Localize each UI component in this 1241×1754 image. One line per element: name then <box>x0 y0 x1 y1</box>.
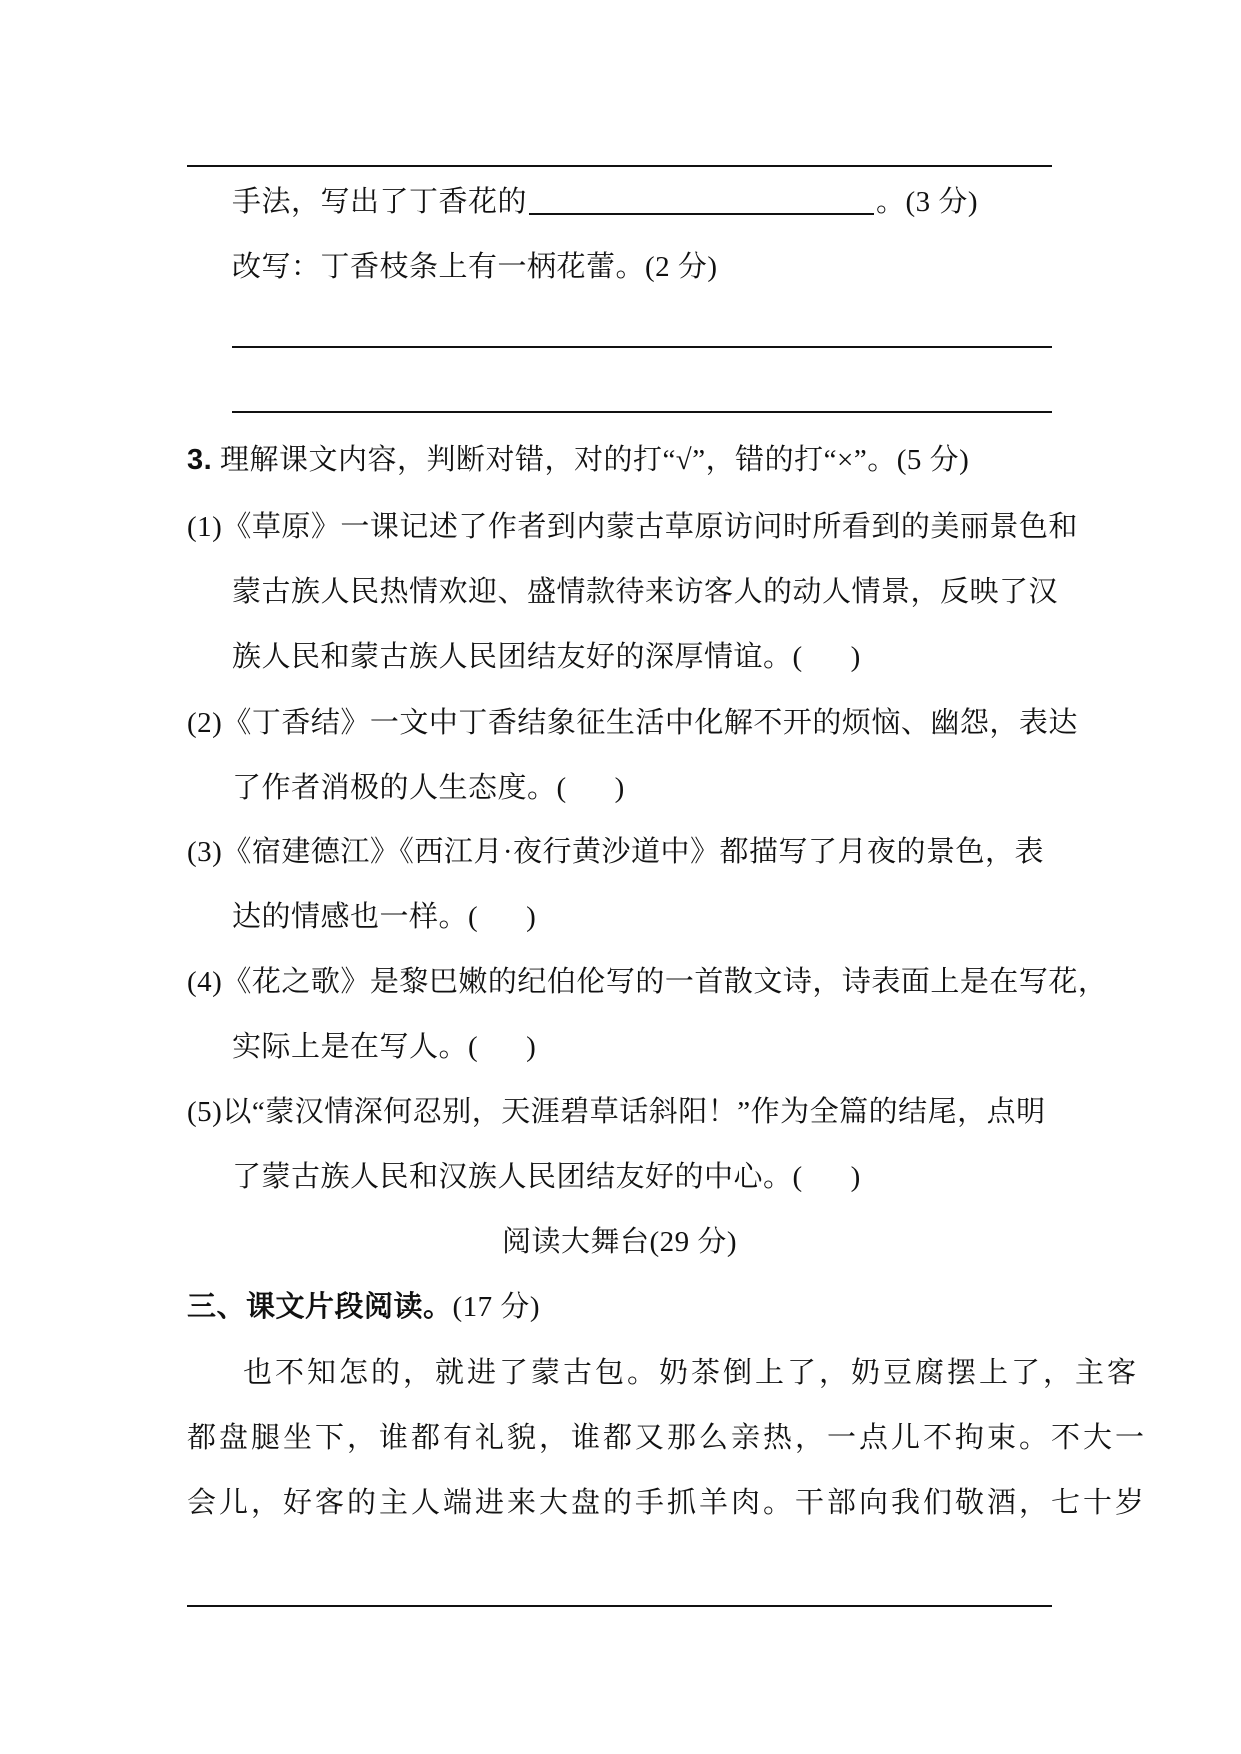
judge-item-4: (4)《花之歌》是黎巴嫩的纪伯伦写的一首散文诗，诗表面上是在写花， <box>187 962 1241 1002</box>
judge-item-3: (3)《宿建德江》《西江月·夜行黄沙道中》都描写了月夜的景色，表 <box>187 832 1241 872</box>
judge-item-2: (2)《丁香结》一文中丁香结象征生活中化解不开的烦恼、幽怨，表达 <box>187 703 1241 743</box>
answer-line-2[interactable] <box>232 411 1052 413</box>
top-rule <box>187 165 1052 167</box>
item-label: (5) <box>187 1096 222 1128</box>
section-3-points: (17 分) <box>453 1291 541 1323</box>
judge-item-2-line-2: 了作者消极的人生态度。() <box>232 768 1241 808</box>
judge-item-4-line-2: 实际上是在写人。() <box>232 1027 1241 1067</box>
item-label: (4) <box>187 966 222 998</box>
answer-line-1[interactable] <box>232 346 1052 348</box>
answer-blank[interactable] <box>529 183 874 215</box>
fill-in-line: 手法，写出了丁香花的。(3 分) <box>232 182 1241 222</box>
fill-in-suffix: 。(3 分) <box>876 186 978 218</box>
question-number: 3. <box>187 444 212 476</box>
item-label: (2) <box>187 707 222 739</box>
question-3-prompt: 3. 理解课文内容，判断对错，对的打“√”，错的打“×”。(5 分) <box>187 440 1241 480</box>
judge-item-5: (5)以“蒙汉情深何忍别，天涯碧草话斜阳！”作为全篇的结尾，点明 <box>187 1092 1241 1132</box>
passage-line-1: 也不知怎的，就进了蒙古包。奶茶倒上了，奶豆腐摆上了，主客 <box>243 1352 1241 1392</box>
judge-item-1: (1)《草原》一课记述了作者到内蒙古草原访问时所看到的美丽景色和 <box>187 507 1241 547</box>
passage-line-3: 会儿，好客的主人端进来大盘的手抓羊肉。干部向我们敬酒，七十岁 <box>187 1482 1241 1522</box>
judge-item-3-line-2: 达的情感也一样。() <box>232 897 1241 937</box>
section-3-title-main: 三、课文片段阅读。 <box>187 1291 453 1323</box>
bottom-rule <box>187 1605 1052 1607</box>
fill-in-prefix: 手法，写出了丁香花的 <box>232 186 527 218</box>
passage-line-2: 都盘腿坐下，谁都有礼貌，谁都又那么亲热，一点儿不拘束。不大一 <box>187 1417 1241 1457</box>
question-text: 理解课文内容，判断对错，对的打“√”，错的打“×”。(5 分) <box>220 444 969 476</box>
judge-item-1-line-2: 蒙古族人民热情欢迎、盛情款待来访客人的动人情景，反映了汉 <box>232 572 1241 612</box>
rewrite-prompt: 改写：丁香枝条上有一柄花蕾。(2 分) <box>232 247 1241 287</box>
section-3-title: 三、课文片段阅读。(17 分) <box>187 1287 1241 1327</box>
judge-item-1-line-3: 族人民和蒙古族人民团结友好的深厚情谊。() <box>232 637 1241 677</box>
judge-item-5-line-2: 了蒙古族人民和汉族人民团结友好的中心。() <box>232 1157 1241 1197</box>
section-heading: 阅读大舞台(29 分) <box>187 1222 1052 1262</box>
item-label: (3) <box>187 836 222 868</box>
item-label: (1) <box>187 511 222 543</box>
